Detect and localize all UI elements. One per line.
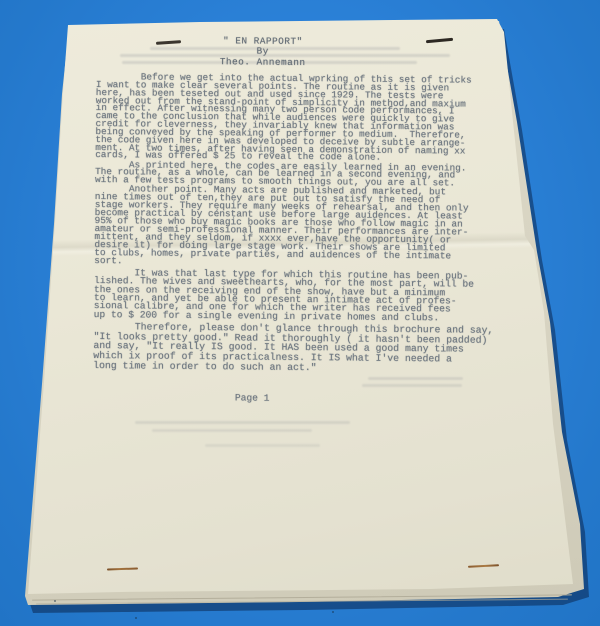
paragraph-1: Before we get into the actual wprking of… <box>95 73 471 163</box>
page-number: Page 1 <box>235 392 270 403</box>
paragraph-3: Another point. Many acts are published a… <box>94 184 469 268</box>
typewritten-text-layer: " EN RAPPORT" By Theo. Annemann Before w… <box>0 0 600 626</box>
paragraph-5: Therefore, please don't glance through t… <box>93 322 493 374</box>
title-block: " EN RAPPORT" By Theo. Annemann <box>160 36 365 69</box>
photo-of-document: " EN RAPPORT" By Theo. Annemann Before w… <box>0 0 600 626</box>
paragraph-4: It was that last type for which this rou… <box>94 269 474 323</box>
author-name: Theo. Annemann <box>160 56 365 68</box>
